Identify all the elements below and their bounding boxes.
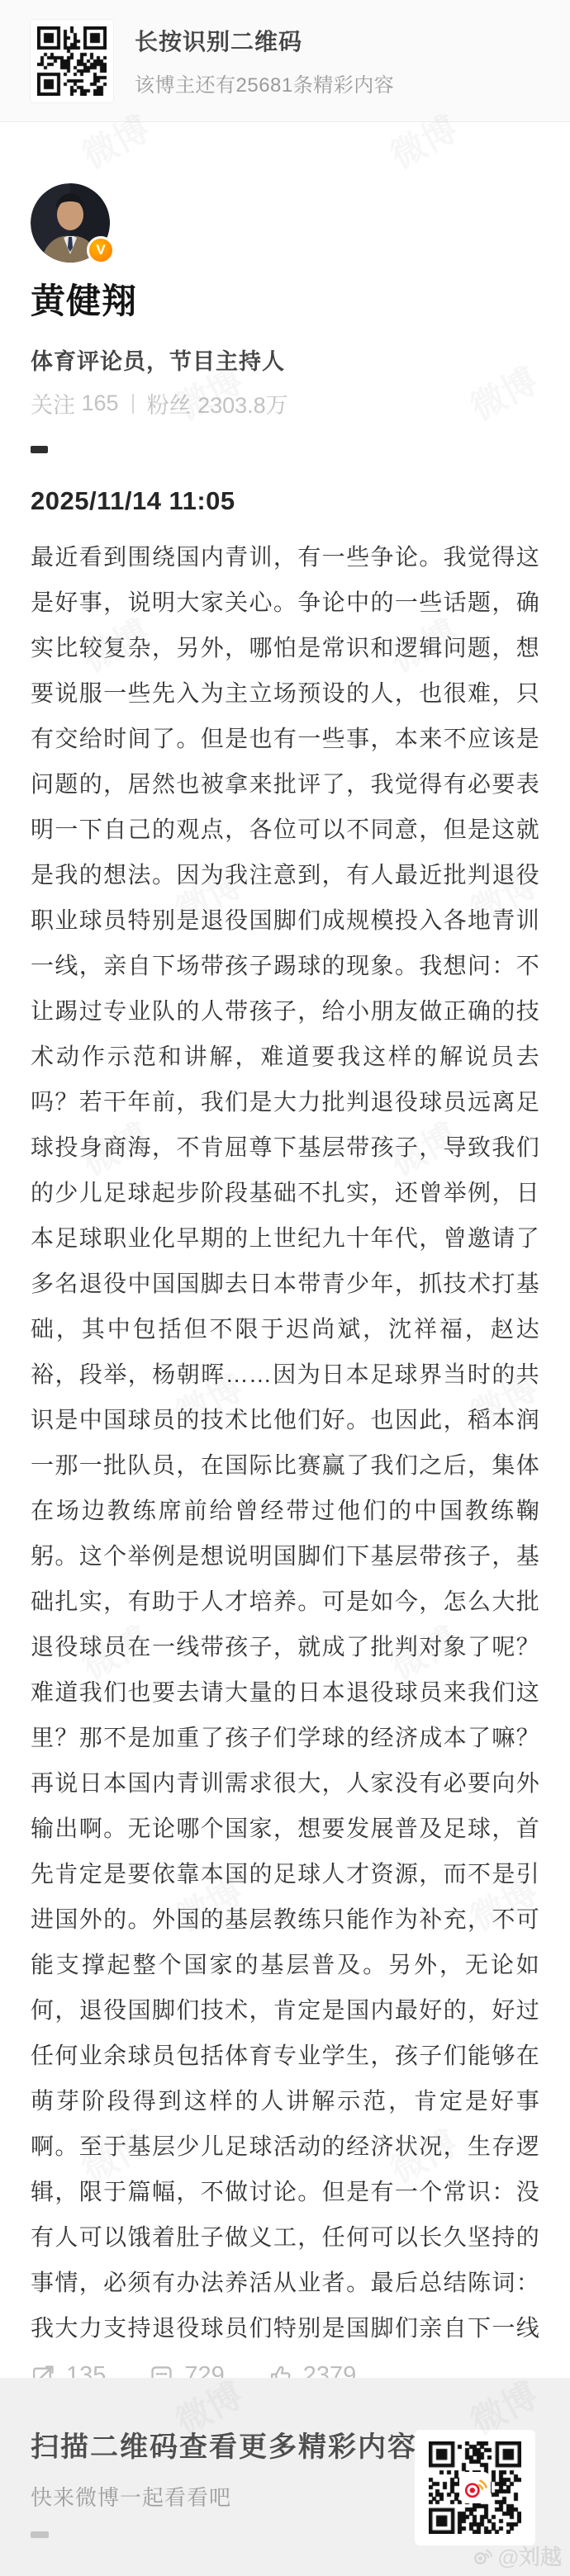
- follow-divider: [132, 394, 134, 414]
- footer-dash: [31, 2531, 49, 2538]
- follow-stats-row: 关注 165 粉丝 2303.8万: [31, 387, 539, 419]
- avatar[interactable]: V: [31, 183, 110, 263]
- weibo-share-card: 长按识别二维码 该博主还有25681条精彩内容 V: [0, 0, 570, 2576]
- photo-credit-watermark: @刘越: [472, 2540, 562, 2571]
- followers-label: 粉丝: [147, 387, 192, 419]
- share-count: 135: [66, 2362, 106, 2378]
- post-body-text: 最近看到围绕国内青训，有一些争论。我觉得这是好事，说明大家关心。争论中的一些话题…: [31, 534, 539, 2356]
- credit-camera-icon: [472, 2545, 493, 2567]
- profile-name[interactable]: 黄健翔: [31, 274, 539, 324]
- like-count: 2379: [303, 2362, 357, 2378]
- qr-banner: 长按识别二维码 该博主还有25681条精彩内容: [0, 0, 570, 122]
- qr-banner-text: 长按识别二维码 该博主还有25681条精彩内容: [135, 24, 394, 97]
- comment-button[interactable]: 729: [149, 2362, 224, 2378]
- engagement-row: 135 729 2379: [31, 2362, 539, 2378]
- qr-card-large: [415, 2430, 535, 2545]
- section-dash: [31, 446, 48, 453]
- footer-banner: 扫描二维码查看更多精彩内容 快来微博一起看看吧 @刘越: [0, 2378, 570, 2576]
- following-count: 165: [82, 391, 119, 416]
- share-button[interactable]: 135: [31, 2362, 106, 2378]
- qr-banner-subtitle: 该博主还有25681条精彩内容: [135, 69, 394, 97]
- credit-handle: @刘越: [498, 2540, 562, 2571]
- qr-banner-title: 长按识别二维码: [135, 24, 394, 57]
- following-label: 关注: [31, 387, 75, 419]
- qr-code-image[interactable]: [37, 26, 107, 96]
- weibo-logo-icon: [459, 2472, 491, 2503]
- post-card: V 黄健翔 体育评论员，节目主持人 关注 165 粉丝 2303.8万 2025…: [0, 122, 570, 2378]
- verified-badge-letter: V: [96, 242, 105, 258]
- share-icon: [31, 2363, 56, 2378]
- thumbs-up-icon: [268, 2363, 293, 2378]
- post-timestamp: 2025/11/14 11:05: [31, 486, 539, 516]
- verified-badge-icon: V: [87, 236, 115, 264]
- qr-card-small: [31, 20, 113, 102]
- profile-bio: 体育评论员，节目主持人: [31, 343, 539, 376]
- comment-count: 729: [184, 2362, 224, 2378]
- like-button[interactable]: 2379: [268, 2362, 357, 2378]
- followers-count: 2303.8万: [197, 387, 288, 419]
- comment-icon: [149, 2363, 174, 2378]
